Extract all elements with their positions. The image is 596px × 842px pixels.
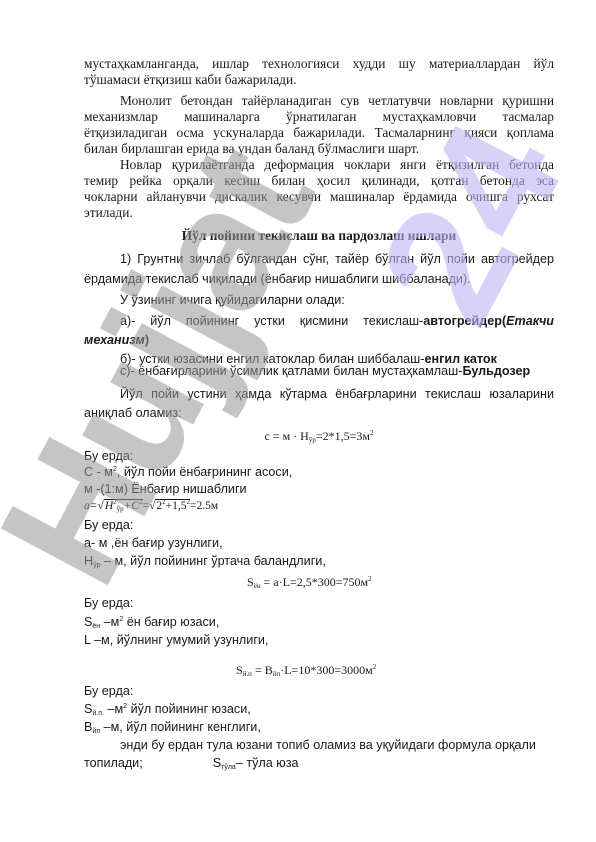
paragraph-line: аниқлаб оламиз:	[84, 405, 554, 421]
where-label: Бу ерда:	[84, 448, 554, 464]
definition-m: м -(1:м) Ёнбағир нишаблиги	[84, 481, 554, 497]
list-item-bold: )	[145, 333, 149, 347]
paragraph-line: этилади.	[84, 205, 554, 221]
formula-c: с = м · Нўр=2*1,5=3м2	[84, 428, 554, 444]
list-item-a: а)- йўл пойининг устки қисмини текислаш-…	[84, 313, 554, 329]
list-item-italic: Етакчи	[506, 314, 554, 328]
definition-s-en: Sён –м2 ён бағир юзаси,	[84, 614, 554, 630]
paragraph-line: темир рейка орқали кесиш билан ҳосил қил…	[84, 173, 554, 189]
list-item-a-continued: механизм)	[84, 332, 554, 348]
definition-h: Нўр – м, йўл пойининг ўртача баландлиги,	[84, 553, 554, 569]
section-heading: Йўл пойини текислаш ва пардозлаш ишлари	[84, 228, 554, 244]
paragraph-line: механизмлар машиналарга ўрнатилаган муст…	[84, 109, 554, 125]
formula-s-en: Sён = a·L=2,5*300=750м2	[247, 574, 447, 590]
list-item-italic: механизм	[84, 333, 145, 347]
formula-a: a=√H2ўр+C2=√22+1,52=2.5м	[84, 498, 554, 514]
list-item-bold: автогрейдер(	[423, 314, 506, 328]
list-item-text: с)- ёнбағирларини ўсимлик қатлами билан …	[120, 364, 462, 378]
paragraph-line: 1) Грунтни зичлаб бўлгандан сўнг, тайёр …	[84, 251, 554, 267]
paragraph-line: билан бирлашган ерида ва ундан баланд бў…	[84, 141, 554, 157]
where-label: Бу ерда:	[84, 683, 554, 699]
closing-line: топилади;Sтўла– тўла юза	[84, 755, 554, 771]
paragraph-line: чокларни айланувчи дискалик кесувчи маши…	[84, 189, 554, 205]
definition-a: а- м ,ён бағир узунлиги,	[84, 535, 554, 551]
paragraph-line: ётқизиладиган осма ускуналарда бажарилад…	[84, 125, 554, 141]
paragraph-line: Новлар қурилаётганда деформация чоклари …	[84, 157, 554, 173]
paragraph-line: энди бу ердан тула юзани топиб оламиз ва…	[84, 737, 554, 753]
document-page: мустаҳкамланганда, ишлар технологияси ху…	[0, 0, 596, 842]
paragraph-line: тўшамаси ётқизиш каби бажарилади.	[84, 72, 554, 88]
definition-s-yp: Sй.п. –м2 йўл пойининг юзаси,	[84, 701, 554, 717]
list-item-c: с)- ёнбағирларини ўсимлик қатлами билан …	[84, 363, 554, 379]
list-item-bold: Бульдозер	[462, 364, 530, 378]
definition-c: С - м2, йўл пойи ёнбағрининг асоси,	[84, 464, 554, 480]
where-label: Бу ерда:	[84, 517, 554, 533]
paragraph-line: У ўзининг ичига қуйидагиларни олади:	[84, 292, 554, 308]
paragraph-line: Монолит бетондан тайёрланадиган сув четл…	[84, 93, 554, 109]
list-item-text: а)- йўл пойининг устки қисмини текислаш-	[120, 314, 423, 328]
paragraph-line: ёрдамида текислаб чиқилади (ёнбағир ниша…	[84, 271, 554, 287]
where-label: Бу ерда:	[84, 595, 554, 611]
definition-b: Bйп –м, йўл пойининг кенглиги,	[84, 719, 554, 735]
paragraph-line: Йўл пойи устини ҳамда кўтарма ёнбағрлари…	[84, 386, 554, 402]
formula-s-yp: Sй.п = Bйп·L=10*300=3000м2	[236, 662, 456, 678]
paragraph-line: мустаҳкамланганда, ишлар технологияси ху…	[84, 56, 554, 72]
definition-l: L –м, йўлнинг умумий узунлиги,	[84, 632, 554, 648]
